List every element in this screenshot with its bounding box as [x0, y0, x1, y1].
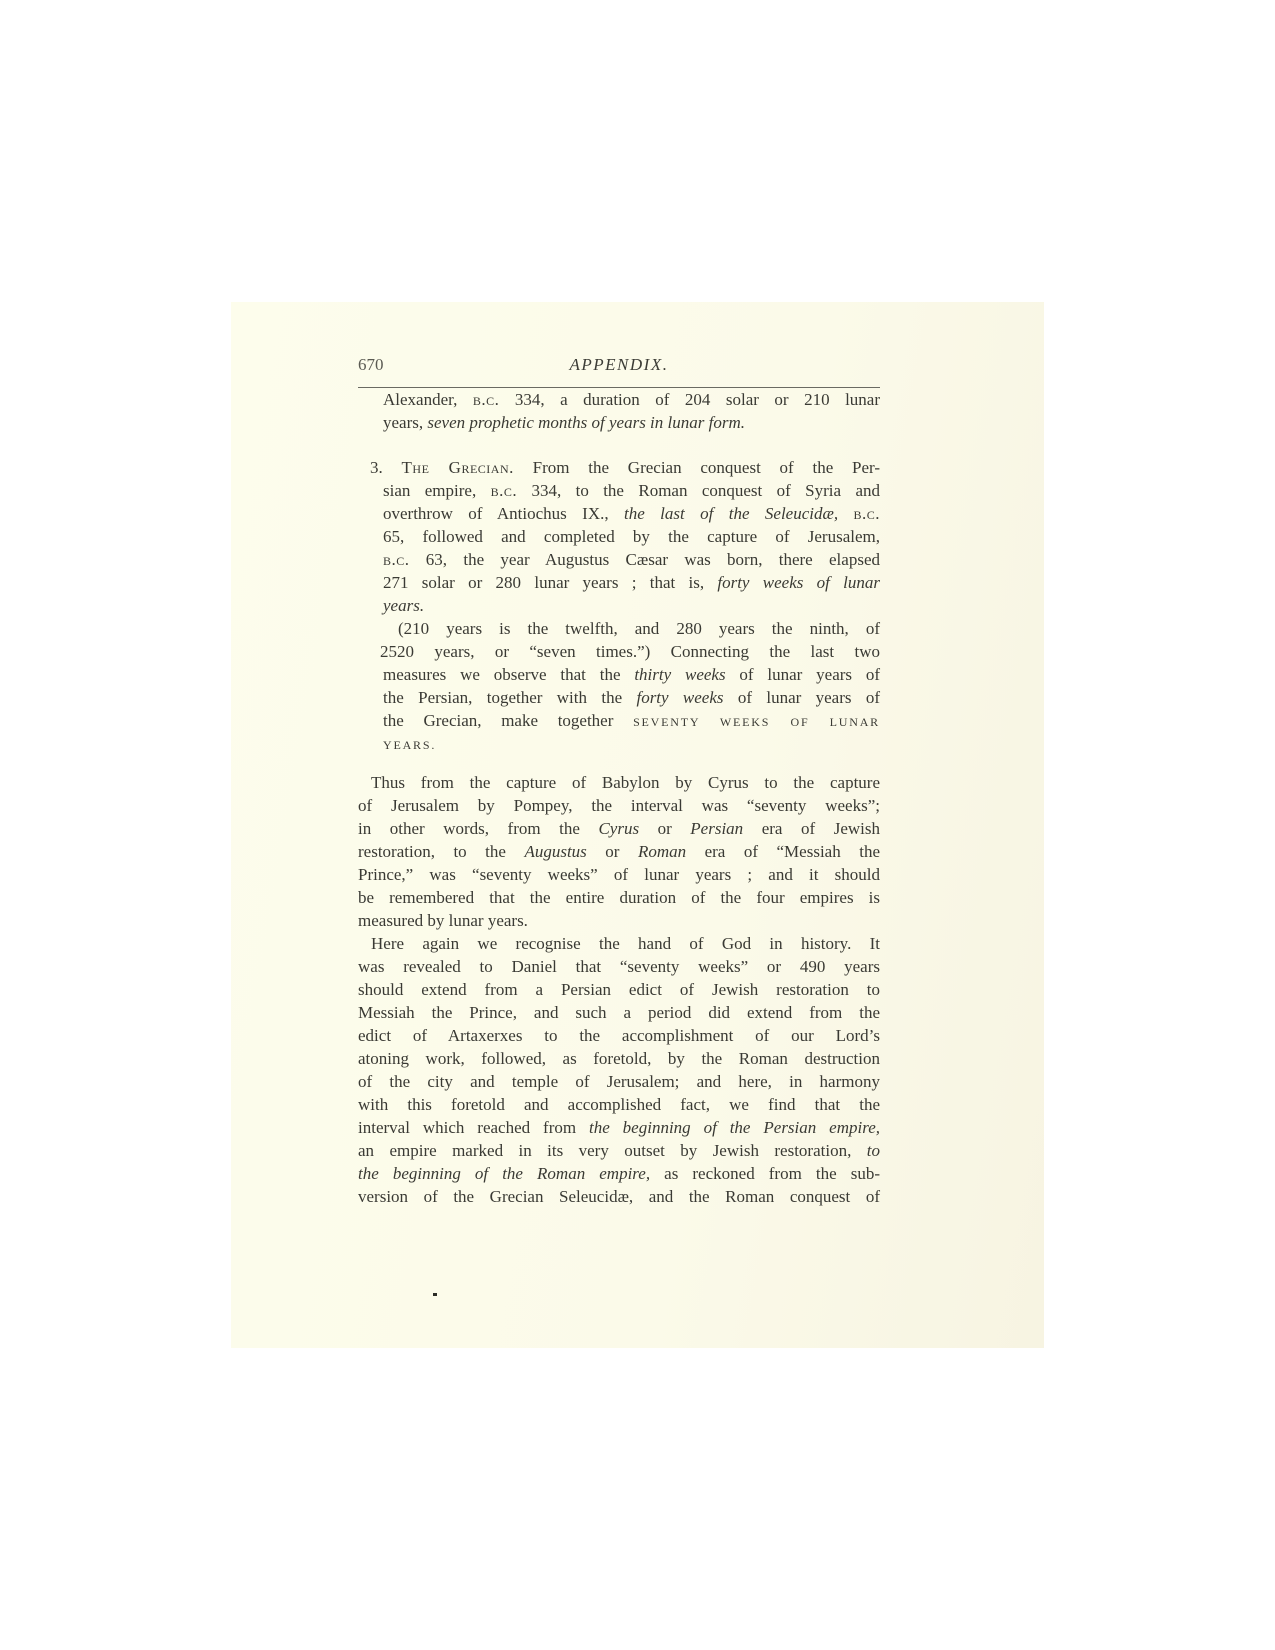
text-run: sian empire, — [383, 481, 491, 500]
text-run: era of Jewish — [743, 819, 880, 838]
text-line: YEARS. — [383, 732, 443, 757]
text-run: 65, followed and completed by the captur… — [383, 527, 880, 546]
ink-speck — [433, 1293, 437, 1296]
text-run: was revealed to Daniel that “seventy wee… — [358, 957, 880, 976]
text-run: restoration, to the — [358, 842, 524, 861]
text-line: version of the Grecian Seleucidæ, and th… — [358, 1185, 880, 1208]
text-line: years, seven prophetic months of years i… — [383, 411, 763, 434]
text-run: (210 years is the twelfth, and 280 years… — [398, 619, 880, 638]
text-run: 334, to the Roman conquest of Syria and — [517, 481, 880, 500]
italic-text: seven prophetic months of years in lunar… — [427, 413, 745, 432]
italic-text: the last of the Seleucidæ, — [624, 504, 838, 523]
text-run: 63, the year Augustus Cæsar was born, th… — [410, 550, 880, 569]
running-header: 670 APPENDIX. — [358, 355, 880, 375]
italic-text: to — [867, 1141, 880, 1160]
italic-text: years. — [383, 596, 424, 615]
text-line: years. — [383, 594, 423, 617]
text-line: 65, followed and completed by the captur… — [383, 525, 880, 548]
text-line: (210 years is the twelfth, and 280 years… — [398, 617, 880, 640]
text-line: of Jerusalem by Pompey, the interval was… — [358, 794, 880, 817]
italic-text: the beginning of the Roman empire, — [358, 1164, 650, 1183]
text-line: Alexander, b.c. 334, a duration of 204 s… — [383, 388, 880, 411]
italic-text: thirty weeks — [634, 665, 725, 684]
text-line: Thus from the capture of Babylon by Cyru… — [371, 771, 880, 794]
text-line: atoning work, followed, as foretold, by … — [358, 1047, 880, 1070]
text-line: Prince,” was “seventy weeks” of lunar ye… — [358, 863, 880, 886]
text-run: Messiah the Prince, and such a period di… — [358, 1003, 880, 1022]
text-run: Here again we recognise the hand of God … — [371, 934, 880, 953]
italic-text: forty weeks — [636, 688, 723, 707]
text-run: YEARS. — [383, 738, 436, 752]
italic-text: Roman — [638, 842, 686, 861]
text-line: restoration, to the Augustus or Roman er… — [358, 840, 880, 863]
text-run: 3. — [370, 458, 402, 477]
text-run: as reckoned from the sub- — [650, 1164, 880, 1183]
text-line: the Grecian, make together SEVENTY WEEKS… — [383, 709, 880, 734]
text-line: overthrow of Antiochus IX., the last of … — [383, 502, 880, 525]
text-run: b.c. — [473, 390, 500, 409]
text-run: be remembered that the entire duration o… — [358, 888, 880, 907]
italic-text: Augustus — [524, 842, 586, 861]
text-run: Thus from the capture of Babylon by Cyru… — [371, 773, 880, 792]
text-run: in other words, from the — [358, 819, 598, 838]
text-run: b.c. — [383, 550, 410, 569]
text-run: era of “Messiah the — [686, 842, 880, 861]
text-run: SEVENTY WEEKS OF LUNAR — [633, 715, 880, 729]
text-run: 334, a duration of 204 solar or 210 luna… — [499, 390, 880, 409]
text-run: with this foretold and accomplished fact… — [358, 1095, 880, 1114]
text-run: b.c. — [853, 504, 880, 523]
text-line: 3. The Grecian. From the Grecian conques… — [370, 456, 880, 479]
text-run: The Grecian. — [402, 458, 514, 477]
text-run: Prince,” was “seventy weeks” of lunar ye… — [358, 865, 880, 884]
text-run: edict of Artaxerxes to the accomplishmen… — [358, 1026, 880, 1045]
text-line: with this foretold and accomplished fact… — [358, 1093, 880, 1116]
text-line: an empire marked in its very outset by J… — [358, 1139, 880, 1162]
text-line: 2520 years, or “seven times.”) Connectin… — [380, 640, 880, 663]
text-line: b.c. 63, the year Augustus Cæsar was bor… — [383, 548, 880, 571]
text-run: or — [639, 819, 690, 838]
text-run: overthrow of Antiochus IX., — [383, 504, 624, 523]
text-line: the beginning of the Roman empire, as re… — [358, 1162, 880, 1185]
text-run: From the Grecian conquest of the Per- — [514, 458, 880, 477]
italic-text: the beginning of the Persian empire, — [589, 1118, 880, 1137]
italic-text: Persian — [690, 819, 743, 838]
italic-text: Cyrus — [598, 819, 639, 838]
text-run: years, — [383, 413, 427, 432]
text-run: or — [587, 842, 638, 861]
text-line: edict of Artaxerxes to the accomplishmen… — [358, 1024, 880, 1047]
text-run — [838, 504, 853, 523]
text-line: should extend from a Persian edict of Je… — [358, 978, 880, 1001]
text-run: Alexander, — [383, 390, 473, 409]
text-line: 271 solar or 280 lunar years ; that is, … — [383, 571, 880, 594]
text-line: of the city and temple of Jerusalem; and… — [358, 1070, 880, 1093]
text-run: 2520 years, or “seven times.”) Connectin… — [380, 642, 880, 661]
text-line: Messiah the Prince, and such a period di… — [358, 1001, 880, 1024]
text-line: the Persian, together with the forty wee… — [383, 686, 880, 709]
text-run: 271 solar or 280 lunar years ; that is, — [383, 573, 717, 592]
text-run: of lunar years of — [726, 665, 880, 684]
text-run: version of the Grecian Seleucidæ, and th… — [358, 1187, 880, 1206]
text-run: of Jerusalem by Pompey, the interval was… — [358, 796, 880, 815]
text-line: Here again we recognise the hand of God … — [371, 932, 880, 955]
text-run: b.c. — [491, 481, 518, 500]
text-run: interval which reached from — [358, 1118, 589, 1137]
text-line: was revealed to Daniel that “seventy wee… — [358, 955, 880, 978]
text-line: in other words, from the Cyrus or Persia… — [358, 817, 880, 840]
text-line: interval which reached from the beginnin… — [358, 1116, 880, 1139]
running-title: APPENDIX. — [358, 355, 880, 375]
text-run: an empire marked in its very outset by J… — [358, 1141, 867, 1160]
text-run: the Grecian, make together — [383, 711, 633, 730]
text-line: measured by lunar years. — [358, 909, 528, 932]
text-line: measures we observe that the thirty week… — [383, 663, 880, 686]
text-run: measures we observe that the — [383, 665, 634, 684]
text-run: of lunar years of — [724, 688, 880, 707]
text-run: the Persian, together with the — [383, 688, 636, 707]
italic-text: forty weeks of lunar — [717, 573, 880, 592]
text-run: of the city and temple of Jerusalem; and… — [358, 1072, 880, 1091]
text-run: measured by lunar years. — [358, 911, 528, 930]
text-run: atoning work, followed, as foretold, by … — [358, 1049, 880, 1068]
text-line: sian empire, b.c. 334, to the Roman conq… — [383, 479, 880, 502]
text-line: be remembered that the entire duration o… — [358, 886, 880, 909]
text-run: should extend from a Persian edict of Je… — [358, 980, 880, 999]
